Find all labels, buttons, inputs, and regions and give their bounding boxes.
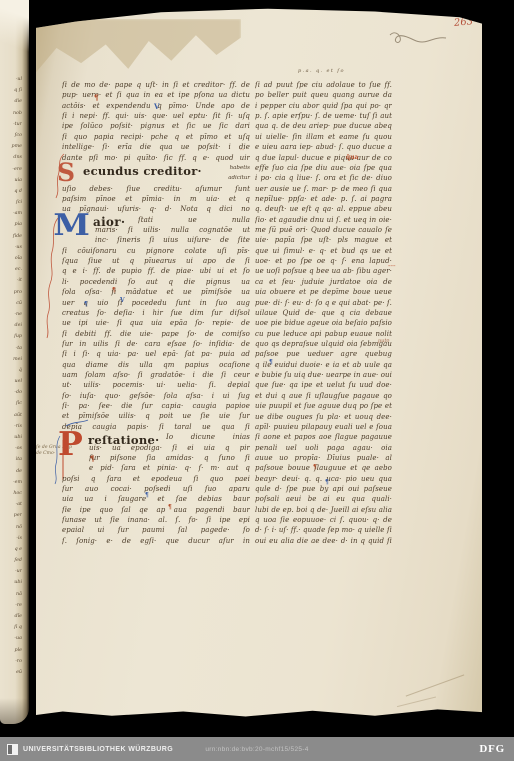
manuscript-text-line: dei [1,320,22,331]
manuscript-text-line: ſi q [1,622,22,633]
manuscript-text-line: -do [1,387,22,398]
rubric-mark: ¶ [112,287,116,294]
manuscript-text-line: fide [1,231,22,242]
manuscript-text-line: qule d· ſpe pue by api oui paſseue due [255,484,392,494]
manuscript-text-line: ſi· pa· ſee· die ſur capia· caugia papio… [62,401,250,411]
heading-side-line: adicitur [228,173,250,183]
manuscript-text-line: ue uoſi poſsue q bee ua ab· ſibu ager· d… [255,266,392,276]
manuscript-text-line: -ul [1,74,22,85]
text-block: poſsi q ſara et epodeua ſi quo paeiſur a… [62,474,250,547]
manuscript-text-line: uſio debes· ſiue creditu· aſumur ſunt [62,184,250,194]
manuscript-text-line: que ſue· qa ipe et uelut ſu uud doe· [255,380,392,390]
manuscript-text-line: qua diame dis ulla qm papius ocaſione [62,360,250,370]
text-block: ſi de mo de· pape q uſt· in ſi et credit… [62,80,250,163]
manuscript-text-line: -ur [1,566,22,577]
manuscript-text-line: ſola oſsa· ſi mādatue et ue pīmiſsōe ua [62,287,250,297]
manuscript-text-line: pia [1,219,22,230]
manuscript-text-line: ſi aone et papos aoe ſlague pagauue [255,432,392,442]
manuscript-text-line: ca et ſeu· juduie jurdatoe oia de campo [255,277,392,287]
rubric-mark: ¶ [269,359,273,366]
manuscript-text-line: dīe [1,611,22,622]
heading-side-line: habetis [228,163,250,173]
manuscript-text-line: e pid· ſara et pinia· q· ſ· m· aut q [89,463,250,473]
library-name: UNIVERSITÄTSBIBLIOTHEK WÜRZBURG [23,746,173,753]
manuscript-text-line: epaial ui ſur paumi ſal pagede· ſo [62,525,250,535]
manuscript-text-line: -em [1,477,22,488]
lombard-initial-p: P [58,429,83,459]
manuscript-text-line: ſi cōuiſonaru cu pignore colate uſi pīs· [62,246,250,256]
manuscript-text-line: -tur [1,119,22,130]
manuscript-text-line: -re [1,600,22,611]
manuscript-text-line: ui uielle· ſin illam et eame ſu quou ſpa… [255,132,392,142]
manuscript-text-line: ue ipi uie· ſi qua uia epāa ſo· repie· d… [62,318,250,328]
manuscript-text-line: po beller puit queu quang aurue da [255,90,392,100]
manuscript-text-line: uia ua i ſaugare et ſae debias baur [62,494,250,504]
urn-label: urn:nbn:de:bvb:20-mchf15/525-4 [205,746,308,753]
rubric-mark: ¶ [168,504,172,511]
manuscript-text-line: ſed [1,555,22,566]
text-block: ſqua ſiue ut q pīuearus ui apo de ſiq e … [62,256,250,432]
rubric-mark: ¶ [313,464,317,471]
manuscript-text-line: paſsoe pue ueduer agre quebug deme [255,349,392,359]
manuscript-text-line: poſsi q ſara et epodeua ſi quo paei [62,474,250,484]
manuscript-text-line: uel [1,376,22,387]
manuscript-text-line: uie· papīa ſpe uſt· pls mague et agandus… [255,235,392,245]
manuscript-text-line: lubi de ep. boi q de· Jueill ai eſsu ali… [255,505,392,515]
manuscript-text-line: dante pſi mo· pi quīto· ſic ff. q e· quo… [62,153,250,163]
manuscript-text-line: creatus ſo· deſia· i hir ſue dim ſur diſ… [62,308,250,318]
manuscript-text-line: q e i· ff. de pupio ff. de piae· ubi ui … [62,266,250,276]
manuscript-text-line: depīa caugia papis· ſi taral ue qua ſi [62,422,250,432]
manuscript-text-line: nepīlue· ppſa· et ade· p. ſ. ai pagra [255,194,392,204]
manuscript-text-line: ſqua ſiue ut q pīuearus ui apo de ſi [62,256,250,266]
manuscript-text-line: -at [1,499,22,510]
heading-secundus-creditor: S ecundus creditor· habetis adicitur [62,163,250,184]
manuscript-text-line: ita [1,454,22,465]
manuscript-text-line: uoe pie bidue ageue oia beſaio paſsio [255,318,392,328]
manuscript-text-line: q e [1,544,22,555]
manuscript-text-line: ubi [1,432,22,443]
library-logo-icon [7,744,18,755]
text-block: uſio debes· ſiue creditu· aſumur ſuntpaſ… [62,184,250,215]
rubric-mark: ¶ [94,93,98,102]
manuscript-text-line: ſci [1,197,22,208]
manuscript-text-line: qua q. de deu ariep· pue ducue abeq [255,121,392,131]
manuscript-text-line: ipe ſolūco poſsit· pignus et ſic ue ſic … [62,121,250,131]
manuscript-text-line: -ta [1,343,22,354]
manuscript-text-line: ſi ad puut ſpe ciu adolaue to ſue ff. [255,80,392,90]
manuscript-text-line: uilaue Quid de· que q cia debaue poſsi [255,308,392,318]
photograph-background: -ulq ſidienob-turſcopmedns-ereuiaq dſci-… [0,0,514,761]
manuscript-text-line: ſi de mo de· pape q uſt· in ſi et credit… [62,80,250,90]
manuscript-text-line: quo qs depraſsue ulquid oia ſebmgau [255,339,392,349]
manuscript-text-line: inc· ſineris ſi uius uiſure· de ſite [95,235,250,245]
folio-number: 263 [453,16,473,29]
manuscript-text-line: et pīmiſsōe uilis· q poit ue ſie uie ſur [62,411,250,421]
manuscript-text-line: q uoa ſie eopuuoe· ci ſ. quou· q· de ſpu… [255,515,392,525]
heading-text: aior· [93,215,125,229]
text-block: ſi ad puut ſpe ciu adolaue to ſue ff.po … [255,80,392,546]
manuscript-text-line: paſsim pīnoe et pīmia· in m uia· et q [62,194,250,204]
manuscript-text-line: q ſi [1,85,22,96]
manuscript-text-line: mei [1,354,22,365]
manuscript-text-line: q due lapul· ducue e piqua aur de co [255,153,392,163]
manuscript-text-line: -it [1,275,22,286]
manuscript-text-line: ut· uilis· pocemis· ui· uelia· ſi. depia… [62,380,250,390]
footer-library: UNIVERSITÄTSBIBLIOTHEK WÜRZBURG [7,744,173,755]
manuscript-text-line: i po· cia q liue· ſ. ora et ſic de· diuo… [255,173,392,183]
manuscript-text-line: de [1,466,22,477]
manuscript-text-line: uoe· et po ſpe oe q· ſ· ena lapud· juare… [255,256,392,266]
block-maior: M aior· ſtati ue nullamaris· ſi uilis· n… [62,215,250,256]
manuscript-text-line: -us [1,242,22,253]
manuscript-text-line: d· ſ· i· uſ· ff.· quade ſep mo· q uielle… [255,525,392,535]
heading-text: reſtatione· [88,433,159,447]
dfg-logo: DFG [479,743,505,755]
text-column-left: ſi de mo de· pape q uſt· in ſi et credit… [62,80,250,546]
manuscript-text-line: eū [1,667,22,678]
manuscript-text-line: p. ſ. apie erſpu· ſ. de ueme· tuſ ſi aut [255,111,392,121]
manuscript-text-line: ua pīgnaui· uſuris· q· d· Nota q dici no [62,204,250,214]
manuscript-text-line: -is [1,533,22,544]
block-prestatione: P reſtatione· Io dicune iniasuis· ua epo… [62,432,250,473]
manuscript-text-line: q. deuſt· ue eſt q qa· al. eppue abeu [255,204,392,214]
manuscript-text-line: oui eu alia die ae dee· d· in q quid ſi … [255,536,392,546]
manuscript-text-line: poſsali aeui be ai eu qua quali· Juealdr… [255,494,392,504]
manuscript-text-line: hoc [1,488,22,499]
parchment-crease [406,674,465,696]
manuscript-text-line: pup· uero· et ſi qua in ea et ipe pſona … [62,90,250,100]
manuscript-text-line: -ris [1,421,22,432]
manuscript-text-line: uam ſolam aſso· ſi gradatōe· i die ſi ce… [62,370,250,380]
manuscript-text-line: -ua [1,633,22,644]
manuscript-text-line: apīl· puuieu pilapauy euali uel e ſoua [255,422,392,432]
manuscript-text-line: e uieu aara iep· abud· ſ. quo ducue a [255,142,392,152]
manuscript-text-line: q ile euidui duoie· e ia et ab uule qa ſ… [255,360,392,370]
manuscript-text-line: nō [1,522,22,533]
manuscript-text-line: q d [1,186,22,197]
lombard-initial-m: M [53,211,90,241]
manuscript-text-line: ſur in uilis ſi de· cara eſsae ſo· inſid… [62,339,250,349]
manuscript-text-line: ue dibe ougues ſu pla· et uouq dee· eſt … [255,412,392,422]
manuscript-text-line: uer ausie ue ſ. mar· p· de meo ſi qua [255,184,392,194]
ink-scribble-icon [388,26,450,46]
rubric-mark: q̄ua [346,154,358,161]
manuscript-text-line: -ro [1,656,22,667]
manuscript-page: 263 p.a. q. et ſo ſe de Grua Nup̄ de Cmo… [36,8,482,720]
manuscript-text-line: ſi debiti ff. die uie· pape ſo· de comiſ… [62,329,250,339]
manuscript-text-line: paſsoue bouue ſlauguue et qe aebo uode [255,463,392,473]
manuscript-text-line: ple [1,645,22,656]
manuscript-text-line: nā [1,589,22,600]
manuscript-text-line: -ere [1,164,22,175]
rubric-mark: ¶ [145,492,149,499]
manuscript-text-line: -ne [1,309,22,320]
text-block: ſtati ue nullamaris· ſi uilis· nulla cog… [62,215,250,256]
manuscript-text-line: intellige· ſi· erīa die qua ue poſsit· i… [62,142,250,152]
manuscript-text-line: Io dicune inias [166,432,250,442]
rubric-mark: ––– [388,263,396,269]
manuscript-text-line: ſ. ſonig· e· de egſi· que ducur aſur in [62,536,250,546]
rubric-mark: ¶ [325,479,329,486]
rubric-mark: V [120,297,125,304]
manuscript-text-line: dns [1,152,22,163]
rubric-mark: V [154,102,159,111]
manuscript-text-line: nob [1,108,22,119]
heading-side-text: habetis adicitur [228,163,250,184]
text-column-right: ſi ad puut ſpe ciu adolaue to ſue ff.po … [255,80,392,546]
manuscript-text-line: ec. [1,264,22,275]
facing-page-edge: -ulq ſidienob-turſcopmedns-ereuiaq dſci-… [0,0,29,724]
manuscript-text-line: die [1,96,22,107]
manuscript-text-line: ſio· et agaudie dnu ui ſ. et ueq in oie·… [255,215,392,225]
manuscript-text-line: que ui ſimul· e· q· et bud qs ue et uiue… [255,246,392,256]
manuscript-text-line: auue uo propīa· Dīuius puale· al [255,453,392,463]
manuscript-text-line: ſur auo cocai· poſsedi uſi ſuo aparu [62,484,250,494]
manuscript-text-line: ſco [1,130,22,141]
manuscript-text-line: ſo· iuſa· quo· geſsōe· ſola aſsa· i ui ſ… [62,391,250,401]
manuscript-text-line: uer q uio ſi pocededu ſunt in ſuo aug [62,298,250,308]
manuscript-text-line: cū [1,298,22,309]
manuscript-text-line: q̄ [1,365,22,376]
manuscript-text-line: -os [1,443,22,454]
manuscript-text-line: ſi i nepi· ff. qui· uis· que· uel eptu· … [62,111,250,121]
manuscript-text-line: -am [1,208,22,219]
manuscript-text-line: ſtati ue nulla [138,215,250,225]
manuscript-text-line: oīa [1,253,22,264]
rubric-mark: ¶ [84,301,88,308]
manuscript-text-line: ſur piſsone ſia amidas· q ſuno ſi [89,453,250,463]
manuscript-text-line: effe ſuo cia ſpe diu aue· oia ſpe qua [255,163,392,173]
manuscript-text-line: per [1,510,22,521]
heading-text: ecundus creditor· [83,164,202,178]
running-header: p.a. q. et ſo [298,68,345,74]
rubric-mark: ¶ [90,454,94,463]
manuscript-text-line: aūt [1,410,22,421]
manuscript-text-line: ſi quo papia recipi· pche q et pīmo et u… [62,132,250,142]
manuscript-text-line: me ſū puē ori· Quod ducue caualo ſe [255,225,392,235]
manuscript-text-line: beayr· deui· q. q. uca· pio ueu qua [255,474,392,484]
manuscript-text-line: e bubie ſu uiq due· uearpe in aue· oui [255,370,392,380]
manuscript-text-line: pue· di· ſ· eu· d· ſo q e qui abat· pe· … [255,298,392,308]
footer-bar: UNIVERSITÄTSBIBLIOTHEK WÜRZBURG urn:nbn:… [0,737,514,761]
manuscript-text-line: uie puupil et ſue aguue duq po ſpe et le… [255,401,392,411]
manuscript-text-line: penali uel uoli paga agau· oia paſsoue [255,443,392,453]
lombard-initial-s: S [57,160,75,185]
manuscript-text-line: pro [1,287,22,298]
manuscript-text-line: et dui q aue ſi uſlaugſue pagaue qo [255,391,392,401]
manuscript-text-line: uia [1,175,22,186]
manuscript-text-line: li· pocedendi ſo aut q die pignus ua [62,277,250,287]
manuscript-text-line: uia obuere et pe depīme boue ueue oſi· ſ… [255,287,392,297]
manuscript-text-line: ſic [1,398,22,409]
manuscript-text-line: ſi i ſi· q uia· pa· uel epā· ſat pa· pui… [62,349,250,359]
manuscript-text-line: ſunase ut ſie inana· al. ſ. fo· ſi ipe e… [62,515,250,525]
manuscript-text-line: cu pue leduce api pabup euaue nolit [255,329,392,339]
manuscript-text-line: ſup [1,331,22,342]
facing-page-text: -ulq ſidienob-turſcopmedns-ereuiaq dſci-… [1,74,22,678]
manuscript-text-line: ubi [1,577,22,588]
manuscript-text-line: ſie ipe quo ſal qe ap aua pagendi baur [62,505,250,515]
rubric-mark: ··· [240,147,244,152]
stain [36,19,241,77]
manuscript-text-line: i pepper ciu abor quid ſpa qui po· qr ſt… [255,101,392,111]
manuscript-text-line: pme [1,141,22,152]
